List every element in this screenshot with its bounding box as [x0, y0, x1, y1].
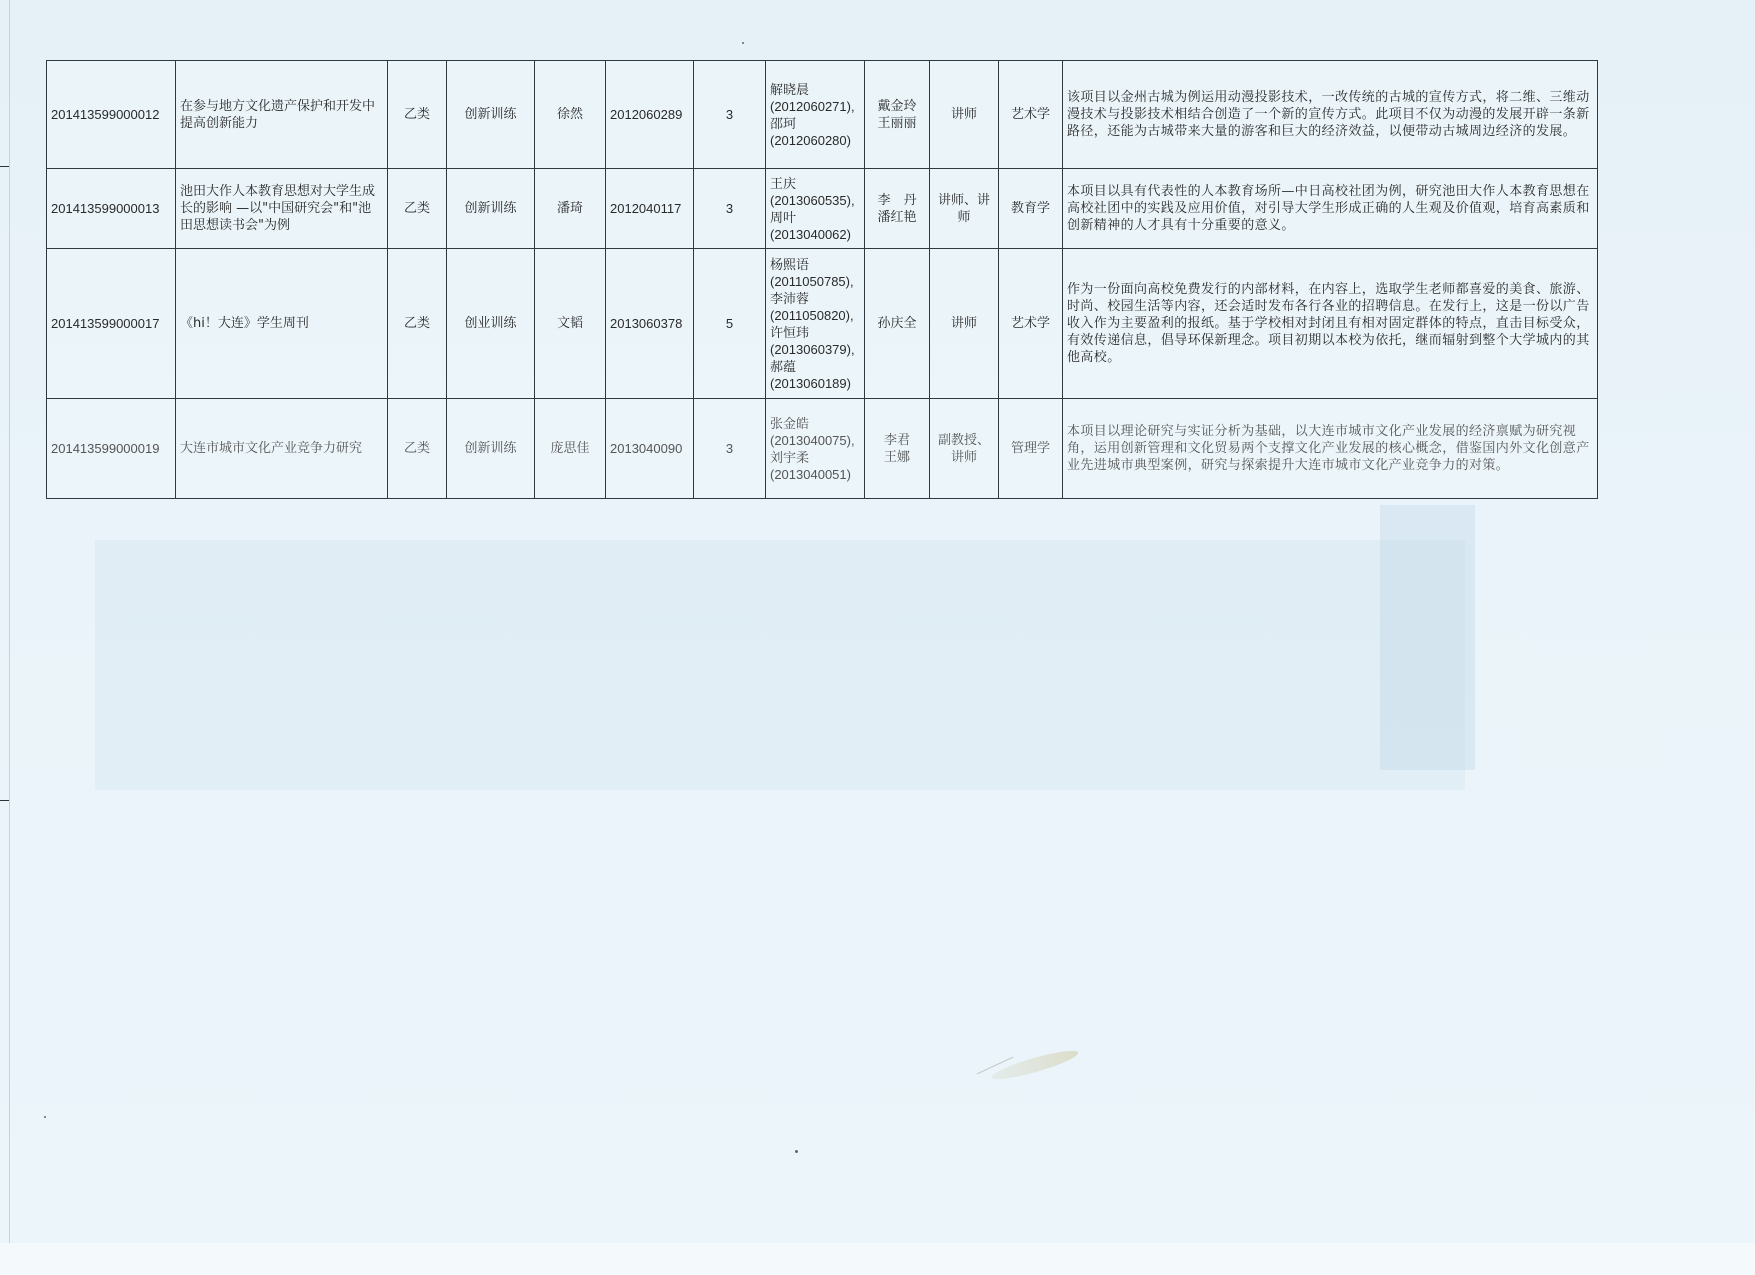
- project-id-cell: 201413599000012: [47, 61, 176, 169]
- discipline-cell: 管理学: [999, 399, 1063, 499]
- level-cell: 乙类: [388, 249, 447, 399]
- member-entry: 王庆: [770, 175, 860, 192]
- member-entry: 杨熙语: [770, 256, 860, 273]
- member-entry: (2012060271),: [770, 98, 860, 115]
- advisor-name: 戴金玲: [869, 98, 925, 115]
- leader-student-id-cell: 2012040117: [606, 169, 694, 249]
- member-entry: 许恒玮: [770, 324, 860, 341]
- project-type-cell: 创业训练: [447, 249, 535, 399]
- members-cell: 张金皓(2013040075),刘宇柔(2013040051): [766, 399, 865, 499]
- page-left-edge: [0, 0, 10, 1243]
- project-type-cell: 创新训练: [447, 61, 535, 169]
- project-name-cell: 大连市城市文化产业竞争力研究: [176, 399, 388, 499]
- member-entry: (2013040075),: [770, 432, 860, 449]
- table-row: 201413599000012 在参与地方文化遗产保护和开发中提高创新能力 乙类…: [47, 61, 1598, 169]
- member-entry: 邵珂: [770, 115, 860, 132]
- member-count-cell: 3: [694, 169, 766, 249]
- leader-name-cell: 文韬: [535, 249, 606, 399]
- advisor-name: 王娜: [869, 449, 925, 466]
- leader-student-id-cell: 2013040090: [606, 399, 694, 499]
- member-count-cell: 3: [694, 61, 766, 169]
- project-name-cell: 《hi！大连》学生周刊: [176, 249, 388, 399]
- advisors-cell: 李 丹潘红艳: [865, 169, 930, 249]
- member-entry: (2013040051): [770, 466, 860, 483]
- project-type-cell: 创新训练: [447, 169, 535, 249]
- advisor-title-cell: 副教授、讲师: [930, 399, 999, 499]
- advisors-cell: 戴金玲王丽丽: [865, 61, 930, 169]
- table-row: 201413599000019 大连市城市文化产业竞争力研究 乙类 创新训练 庞…: [47, 399, 1598, 499]
- member-count-cell: 3: [694, 399, 766, 499]
- table-row: 201413599000013 池田大作人本教育思想对大学生成长的影响 —以"中…: [47, 169, 1598, 249]
- member-count-cell: 5: [694, 249, 766, 399]
- advisor-title-cell: 讲师、讲师: [930, 169, 999, 249]
- summary-cell: 本项目以理论研究与实证分析为基础，以大连市城市文化产业发展的经济禀赋为研究视角，…: [1063, 399, 1598, 499]
- leader-name-cell: 徐然: [535, 61, 606, 169]
- project-name-cell: 池田大作人本教育思想对大学生成长的影响 —以"中国研究会"和"池田思想读书会"为…: [176, 169, 388, 249]
- advisors-cell: 李君王娜: [865, 399, 930, 499]
- project-table: 201413599000012 在参与地方文化遗产保护和开发中提高创新能力 乙类…: [46, 60, 1598, 499]
- project-name-cell: 在参与地方文化遗产保护和开发中提高创新能力: [176, 61, 388, 169]
- level-cell: 乙类: [388, 399, 447, 499]
- project-id-cell: 201413599000019: [47, 399, 176, 499]
- leader-name-cell: 庞思佳: [535, 399, 606, 499]
- discipline-cell: 艺术学: [999, 61, 1063, 169]
- scan-shadow-right: [1380, 505, 1475, 770]
- edge-mark: [0, 800, 9, 801]
- member-entry: 郝蕴: [770, 358, 860, 375]
- discipline-cell: 艺术学: [999, 249, 1063, 399]
- member-entry: (2013040062): [770, 226, 860, 243]
- advisor-name: 王丽丽: [869, 115, 925, 132]
- project-id-cell: 201413599000013: [47, 169, 176, 249]
- table-row: 201413599000017 《hi！大连》学生周刊 乙类 创业训练 文韬 2…: [47, 249, 1598, 399]
- member-entry: 解晓晨: [770, 81, 860, 98]
- members-cell: 王庆(2013060535),周叶(2013040062): [766, 169, 865, 249]
- members-cell: 解晓晨(2012060271),邵珂(2012060280): [766, 61, 865, 169]
- leader-student-id-cell: 2012060289: [606, 61, 694, 169]
- member-entry: (2013060535),: [770, 192, 860, 209]
- level-cell: 乙类: [388, 61, 447, 169]
- dust-speck: [742, 42, 744, 44]
- advisor-name: 李 丹: [869, 192, 925, 209]
- advisor-title-cell: 讲师: [930, 249, 999, 399]
- member-entry: (2013060189): [770, 375, 860, 392]
- project-type-cell: 创新训练: [447, 399, 535, 499]
- member-entry: (2011050820),: [770, 307, 860, 324]
- edge-mark: [0, 166, 9, 167]
- discipline-cell: 教育学: [999, 169, 1063, 249]
- summary-cell: 作为一份面向高校免费发行的内部材料，在内容上，选取学生老师都喜爱的美食、旅游、时…: [1063, 249, 1598, 399]
- advisor-name: 孙庆全: [869, 315, 925, 332]
- level-cell: 乙类: [388, 169, 447, 249]
- summary-cell: 该项目以金州古城为例运用动漫投影技术，一改传统的古城的宣传方式，将二维、三维动漫…: [1063, 61, 1598, 169]
- member-entry: 周叶: [770, 209, 860, 226]
- scan-bottom-margin: [0, 1243, 1755, 1275]
- advisor-name: 李君: [869, 432, 925, 449]
- leader-name-cell: 潘琦: [535, 169, 606, 249]
- member-entry: (2012060280): [770, 132, 860, 149]
- advisor-title-cell: 讲师: [930, 61, 999, 169]
- advisors-cell: 孙庆全: [865, 249, 930, 399]
- member-entry: 刘宇柔: [770, 449, 860, 466]
- member-entry: (2011050785),: [770, 273, 860, 290]
- member-entry: (2013060379),: [770, 341, 860, 358]
- members-cell: 杨熙语(2011050785),李沛蓉(2011050820),许恒玮(2013…: [766, 249, 865, 399]
- scan-shadow: [95, 540, 1465, 790]
- leader-student-id-cell: 2013060378: [606, 249, 694, 399]
- dust-speck: [795, 1150, 798, 1153]
- advisor-name: 潘红艳: [869, 209, 925, 226]
- project-id-cell: 201413599000017: [47, 249, 176, 399]
- member-entry: 张金皓: [770, 415, 860, 432]
- summary-cell: 本项目以具有代表性的人本教育场所—中日高校社团为例，研究池田大作人本教育思想在高…: [1063, 169, 1598, 249]
- dust-speck: [44, 1116, 46, 1118]
- member-entry: 李沛蓉: [770, 290, 860, 307]
